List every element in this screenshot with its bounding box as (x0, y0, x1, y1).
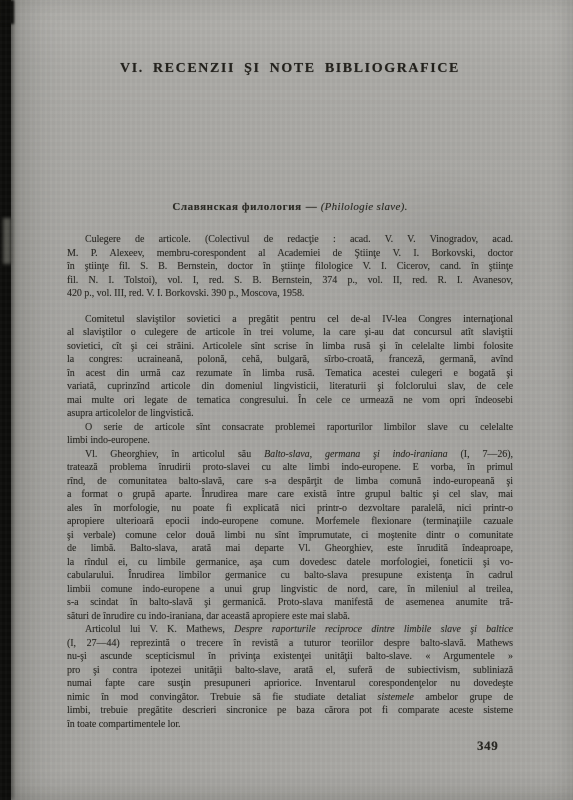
text-segment: rînd, de comunitatea balto-slavă, care s… (67, 476, 513, 487)
scan-edge-strip (0, 0, 11, 800)
text-line: mai multe ori legate de tematica congres… (67, 394, 513, 408)
section-heading-separator: — (306, 201, 317, 213)
text-segment: nu-şi ascunde scepticismul în privinţa e… (67, 651, 513, 662)
text-line: O serie de articole sînt consacrate prob… (67, 421, 513, 435)
text-line: nimic în mod convingător. Trebuie să fie… (67, 691, 513, 705)
text-segment: tratează problema înrudirii proto-slavei… (67, 462, 513, 473)
text-line: Vl. Gheorghiev, în articolul său Balto-s… (67, 448, 513, 462)
text-segment: a format o grupă aparte. Înrudirea mare … (67, 489, 513, 500)
text-line: în toate compartimentele lor. (67, 718, 513, 732)
text-segment: Vl. Gheorghiev, în articolul său (85, 449, 264, 460)
text-segment: limbi indo-europene. (67, 435, 150, 446)
paragraph: Culegere de articole. (Colectivul de red… (67, 233, 513, 301)
text-segment: 420 p., vol. III, red. V. I. Borkovski. … (67, 288, 304, 299)
text-line: nu-şi ascunde scepticismul în privinţa e… (67, 650, 513, 664)
text-segment: la congres: ucraineană, polonă, cehă, bu… (67, 354, 513, 365)
text-line: de limbă. Balto-slava, arată mai departe… (67, 542, 513, 556)
text-segment: variată, cuprinzînd articole din domeniu… (67, 381, 513, 392)
paragraph: Comitetul slaviştilor sovietici a pregăt… (67, 313, 513, 421)
text-line: sături de înrudire cu indo-iraniana, dar… (67, 610, 513, 624)
text-segment: ales în morfologie, nu poate fi explicat… (67, 503, 513, 514)
text-segment: M. P. Alexeev, membru-corespondent al Ac… (67, 248, 513, 259)
text-line: şi verbale) comune celor două limbi nu s… (67, 529, 513, 543)
text-segment: fil. N. I. Tolstoi), vol. I, red. S. B. … (67, 275, 513, 286)
text-segment: sături de înrudire cu indo-iraniana, dar… (67, 611, 350, 622)
section-heading-translation: (Philologie slave). (321, 201, 408, 213)
text-segment: numai fapte care susţin presupuneri apri… (67, 678, 513, 689)
text-line: în ştiinţe fil. S. B. Bernstein, doctor … (67, 260, 513, 274)
text-segment: mai multe ori legate de tematica congres… (67, 395, 513, 406)
text-line: s-a scindat în balto-slavă şi germanică.… (67, 596, 513, 610)
text-line: (I, 27—44) reprezintă o trecere în revis… (67, 637, 513, 651)
text-segment: (I, 7—26), (448, 449, 513, 460)
italic-text-segment: Despre raporturile reciproce dintre limb… (234, 624, 513, 635)
paragraph: Vl. Gheorghiev, în articolul său Balto-s… (67, 448, 513, 624)
text-line: fil. N. I. Tolstoi), vol. I, red. S. B. … (67, 274, 513, 288)
text-segment: O serie de articole sînt consacrate prob… (85, 422, 513, 433)
text-line: ales în morfologie, nu poate fi explicat… (67, 502, 513, 516)
text-line: rînd, de comunitatea balto-slavă, care s… (67, 475, 513, 489)
text-segment: în ştiinţe fil. S. B. Bernstein, doctor … (67, 261, 513, 272)
page-number: 349 (477, 738, 498, 754)
text-segment: (I, 27—44) reprezintă o trecere în revis… (67, 638, 513, 649)
text-line: tratează problema înrudirii proto-slavei… (67, 461, 513, 475)
text-line: pro şi contra ipotezei unităţii balto-sl… (67, 664, 513, 678)
text-segment: pro şi contra ipotezei unităţii balto-sl… (67, 665, 513, 676)
text-segment: ambelor grupe de (414, 692, 513, 703)
paragraph: O serie de articole sînt consacrate prob… (67, 421, 513, 448)
text-line: limbii comune indo-europene a unui grup … (67, 583, 513, 597)
text-segment: de limbă. Balto-slava, arată mai departe… (67, 543, 513, 554)
italic-text-segment: sistemele (378, 692, 414, 703)
text-line: limbi indo-europene. (67, 434, 513, 448)
text-line: cabularului. Înrudirea limbilor germanic… (67, 569, 513, 583)
text-segment: Culegere de articole. (Colectivul de red… (85, 234, 513, 245)
text-segment: la rîndul ei, cu limbile germanice, aşa … (67, 557, 513, 568)
text-line: M. P. Alexeev, membru-corespondent al Ac… (67, 247, 513, 261)
scanned-page: VI. RECENZII ŞI NOTE BIBLIOGRAFICE Славя… (0, 0, 573, 800)
text-line: al slaviştilor o culegere de articole în… (67, 326, 513, 340)
section-heading: Славянская филология—(Philologie slave). (67, 201, 513, 213)
text-segment: în toate compartimentele lor. (67, 719, 181, 730)
body-text: Culegere de articole. (Colectivul de red… (67, 233, 513, 731)
text-line: limbi, trebuie pregătite descrieri sincr… (67, 704, 513, 718)
text-line: Culegere de articole. (Colectivul de red… (67, 233, 513, 247)
text-segment: şi verbale) comune celor două limbi nu s… (67, 530, 513, 541)
text-line: Articolul lui V. K. Mathews, Despre rapo… (67, 623, 513, 637)
text-line: sovietici, cît şi cei străini. Articolel… (67, 340, 513, 354)
text-line: 420 p., vol. III, red. V. I. Borkovski. … (67, 287, 513, 301)
text-segment: asupra articolelor de lingvistică. (67, 408, 194, 419)
italic-text-segment: Balto-slava, germana şi indo-iraniana (264, 449, 448, 460)
text-segment: cabularului. Înrudirea limbilor germanic… (67, 570, 513, 581)
text-segment: nimic în mod convingător. Trebuie să fie… (67, 692, 378, 703)
text-segment: apropiere ulterioară epocii indo-europen… (67, 516, 513, 527)
text-line: la congres: ucraineană, polonă, cehă, bu… (67, 353, 513, 367)
text-line: la rîndul ei, cu limbile germanice, aşa … (67, 556, 513, 570)
text-segment: Articolul lui V. K. Mathews, (85, 624, 234, 635)
text-segment: limbii comune indo-europene a unui grup … (67, 584, 513, 595)
text-line: Comitetul slaviştilor sovietici a pregăt… (67, 313, 513, 327)
text-segment: al slaviştilor o culegere de articole în… (67, 327, 513, 338)
paragraph: Articolul lui V. K. Mathews, Despre rapo… (67, 623, 513, 731)
text-segment: s-a scindat în balto-slavă şi germanică.… (67, 597, 513, 608)
text-segment: sovietici, cît şi cei străini. Articolel… (67, 341, 513, 352)
text-line: a format o grupă aparte. Înrudirea mare … (67, 488, 513, 502)
text-line: variată, cuprinzînd articole din domeniu… (67, 380, 513, 394)
text-segment: Comitetul slaviştilor sovietici a pregăt… (85, 314, 513, 325)
page-title: VI. RECENZII ŞI NOTE BIBLIOGRAFICE (67, 61, 513, 77)
text-line: numai fapte care susţin presupuneri apri… (67, 677, 513, 691)
text-segment: în acest din urmă caz rezumate în limba … (67, 368, 513, 379)
text-segment: limbi, trebuie pregătite descrieri sincr… (67, 705, 513, 716)
text-line: apropiere ulterioară epocii indo-europen… (67, 515, 513, 529)
text-line: asupra articolelor de lingvistică. (67, 407, 513, 421)
section-heading-cyrillic: Славянская филология (172, 201, 301, 213)
text-line: în acest din urmă caz rezumate în limba … (67, 367, 513, 381)
